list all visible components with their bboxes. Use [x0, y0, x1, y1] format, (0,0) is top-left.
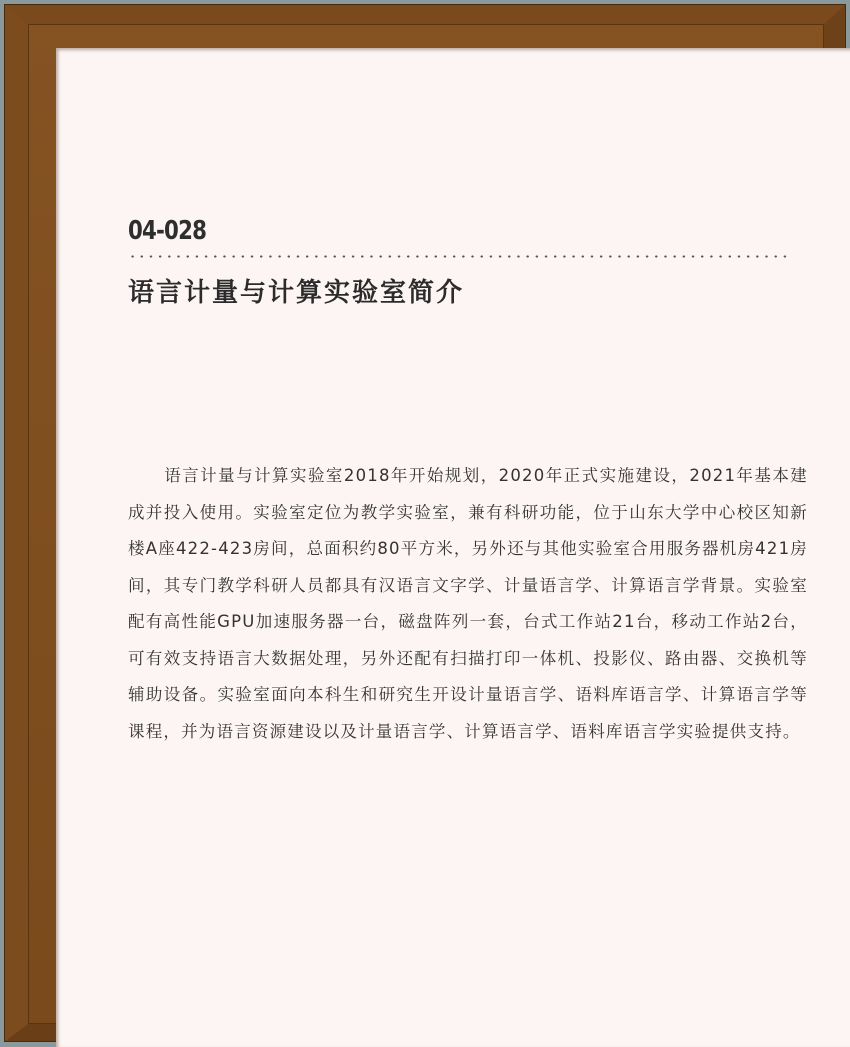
document-page: 04-028 语言计量与计算实验室简介 语言计量与计算实验室2018年开始规划，… — [56, 48, 850, 1045]
dotted-divider — [128, 255, 791, 258]
wooden-picture-frame: 04-028 语言计量与计算实验室简介 语言计量与计算实验室2018年开始规划，… — [4, 4, 846, 1042]
document-body-paragraph: 语言计量与计算实验室2018年开始规划，2020年正式实施建设，2021年基本建… — [128, 458, 808, 750]
document-title: 语言计量与计算实验室简介 — [128, 272, 464, 309]
document-code: 04-028 — [128, 216, 206, 246]
